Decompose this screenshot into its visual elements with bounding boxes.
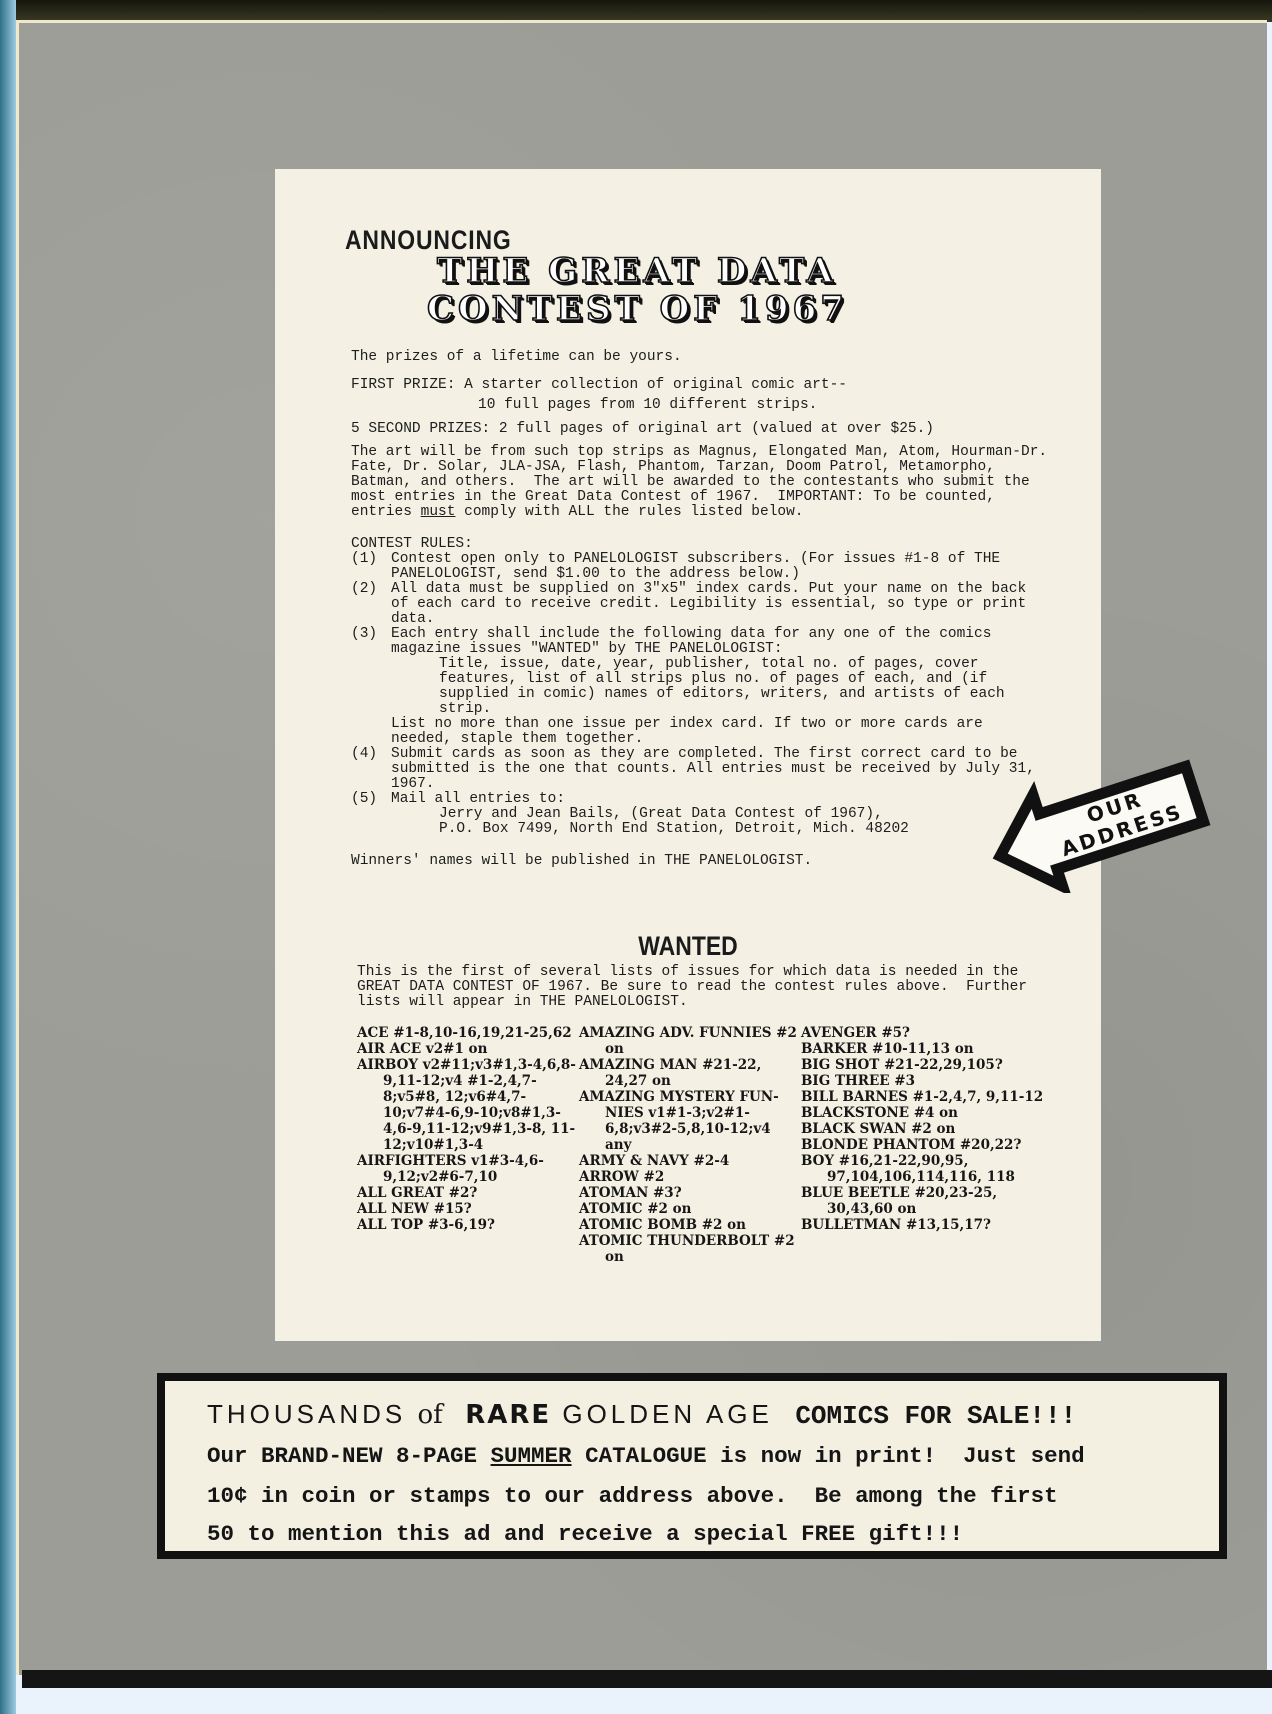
rule-3-detail: Title, issue, date, year, publisher, tot…: [391, 657, 1051, 717]
rule-number: (4): [351, 747, 391, 792]
contest-title-line-1: THE GREAT DATA: [437, 251, 837, 291]
wanted-issue-item: ATOMAN #3?: [579, 1185, 801, 1201]
wanted-issue-item: AVENGER #5?: [801, 1025, 1047, 1041]
wanted-issue-item: BLACKSTONE #4 on: [801, 1105, 1047, 1121]
rule-number: (2): [351, 582, 391, 627]
prizes-intro: The prizes of a lifetime can be yours.: [351, 349, 1051, 365]
rule-number: (5): [351, 792, 391, 837]
ad-headline-rare: RARE: [465, 1400, 551, 1430]
ad-line-2-text-end: CATALOGUE is now in print! Just send: [572, 1443, 1085, 1469]
wanted-issues-list: ACE #1-8,10-16,19,21-25,62AIR ACE v2#1 o…: [357, 1025, 1047, 1265]
rule-text: Each entry shall include the following d…: [391, 626, 991, 657]
rule-number: (3): [351, 627, 391, 747]
wanted-issue-item: ATOMIC #2 on: [579, 1201, 801, 1217]
ad-headline-golden-age: GOLDEN AGE: [551, 1399, 784, 1429]
must-emphasis: must: [421, 504, 456, 520]
wanted-issue-item: ALL NEW #15?: [357, 1201, 579, 1217]
wanted-issue-item: BLUE BEETLE #20,23-25, 30,43,60 on: [801, 1185, 1047, 1217]
wanted-column-3: AVENGER #5?BARKER #10-11,13 onBIG SHOT #…: [801, 1025, 1047, 1265]
art-description-text-end: comply with ALL the rules listed below.: [455, 504, 803, 520]
wanted-issue-item: AMAZING ADV. FUNNIES #2 on: [579, 1025, 801, 1057]
first-prize-line-1: FIRST PRIZE: A starter collection of ori…: [351, 377, 1051, 393]
wanted-heading: WANTED: [337, 931, 1039, 962]
wanted-issue-item: BOY #16,21-22,90,95, 97,104,106,114,116,…: [801, 1153, 1047, 1185]
wanted-column-2: AMAZING ADV. FUNNIES #2 onAMAZING MAN #2…: [579, 1025, 801, 1265]
wanted-issue-item: AMAZING MYSTERY FUN-NIES v1#1-3;v2#1-6,8…: [579, 1089, 801, 1153]
rule-3-block: Each entry shall include the following d…: [391, 627, 1051, 747]
wanted-column-1: ACE #1-8,10-16,19,21-25,62AIR ACE v2#1 o…: [357, 1025, 579, 1265]
contest-title-line-2: CONTEST OF 1967: [427, 289, 848, 329]
wanted-issue-item: ACE #1-8,10-16,19,21-25,62: [357, 1025, 579, 1041]
rule-item: (4) Submit cards as soon as they are com…: [351, 747, 1051, 792]
wanted-issue-item: BARKER #10-11,13 on: [801, 1041, 1047, 1057]
rule-item: (2) All data must be supplied on 3"x5" i…: [351, 582, 1051, 627]
rule-text: All data must be supplied on 3"x5" index…: [391, 582, 1051, 627]
rule-text: Mail all entries to:: [391, 791, 565, 807]
mailing-address-line-2: P.O. Box 7499, North End Station, Detroi…: [391, 822, 1051, 837]
wanted-intro: This is the first of several lists of is…: [357, 965, 1037, 1010]
wanted-issue-item: BIG SHOT #21-22,29,105?: [801, 1057, 1047, 1073]
rule-3-note: List no more than one issue per index ca…: [391, 717, 1051, 747]
wanted-issue-item: AIRFIGHTERS v1#3-4,6-9,12;v2#6-7,10: [357, 1153, 579, 1185]
second-prizes: 5 SECOND PRIZES: 2 full pages of origina…: [351, 421, 1051, 437]
ad-line-4: 50 to mention this ad and receive a spec…: [207, 1521, 963, 1547]
ad-line-3: 10¢ in coin or stamps to our address abo…: [207, 1483, 1058, 1509]
mailing-address-line-1: Jerry and Jean Bails, (Great Data Contes…: [391, 807, 1051, 822]
art-description: The art will be from such top strips as …: [351, 445, 1051, 520]
announcement-body: The prizes of a lifetime can be yours. F…: [351, 349, 1051, 877]
ad-line-2: Our BRAND-NEW 8-PAGE SUMMER CATALOGUE is…: [207, 1443, 1085, 1469]
contest-rules-list: (1) Contest open only to PANELOLOGIST su…: [351, 552, 1051, 837]
our-address-arrow: OUR ADDRESS: [987, 753, 1217, 893]
rule-item: (5) Mail all entries to: Jerry and Jean …: [351, 792, 1051, 837]
contest-rules-heading: CONTEST RULES:: [351, 536, 1051, 552]
wanted-issue-item: BILL BARNES #1-2,4,7, 9,11-12: [801, 1089, 1047, 1105]
wanted-issue-item: ALL GREAT #2?: [357, 1185, 579, 1201]
wanted-issue-item: ATOMIC THUNDERBOLT #2 on: [579, 1233, 801, 1265]
rule-item: (1) Contest open only to PANELOLOGIST su…: [351, 552, 1051, 582]
cover-bottom-edge: [22, 1670, 1272, 1688]
arrow-left-icon: OUR ADDRESS: [987, 753, 1217, 893]
rule-number: (1): [351, 552, 391, 582]
ad-headline-comics-for-sale: COMICS FOR SALE!!!: [795, 1401, 1076, 1431]
winners-note: Winners' names will be published in THE …: [351, 853, 1051, 869]
wanted-issue-item: AIRBOY v2#11;v3#1,3-4,6,8-9,11-12;v4 #1-…: [357, 1057, 579, 1153]
wanted-issue-item: ATOMIC BOMB #2 on: [579, 1217, 801, 1233]
wanted-issue-item: AMAZING MAN #21-22, 24,27 on: [579, 1057, 801, 1089]
rule-text: Contest open only to PANELOLOGIST subscr…: [391, 552, 1051, 582]
wanted-issue-item: ARMY & NAVY #2-4: [579, 1153, 801, 1169]
wanted-issue-item: AIR ACE v2#1 on: [357, 1041, 579, 1057]
summer-emphasis: SUMMER: [491, 1443, 572, 1469]
wanted-issue-item: BULLETMAN #13,15,17?: [801, 1217, 1047, 1233]
wanted-issue-item: BLONDE PHANTOM #20,22?: [801, 1137, 1047, 1153]
ad-headline-of: of: [417, 1400, 442, 1430]
ad-line-2-text: Our BRAND-NEW 8-PAGE: [207, 1443, 491, 1469]
wanted-issue-item: ARROW #2: [579, 1169, 801, 1185]
rule-item: (3) Each entry shall include the followi…: [351, 627, 1051, 747]
magazine-back-cover: ANNOUNCING THE GREAT DATA CONTEST OF 196…: [16, 20, 1267, 1675]
ad-headline: THOUSANDS of RARE GOLDEN AGE COMICS FOR …: [207, 1399, 1076, 1431]
wanted-issue-item: BLACK SWAN #2 on: [801, 1121, 1047, 1137]
catalogue-ad: THOUSANDS of RARE GOLDEN AGE COMICS FOR …: [157, 1373, 1227, 1559]
first-prize-line-2: 10 full pages from 10 different strips.: [351, 397, 1051, 413]
scan-edge-left: [0, 0, 16, 1714]
scan-edge-top: [0, 0, 1272, 22]
rule-5-block: Mail all entries to: Jerry and Jean Bail…: [391, 792, 1051, 837]
wanted-issue-item: BIG THREE #3: [801, 1073, 1047, 1089]
wanted-issue-item: ALL TOP #3-6,19?: [357, 1217, 579, 1233]
ad-headline-thousands: THOUSANDS: [207, 1399, 417, 1429]
rule-text: Submit cards as soon as they are complet…: [391, 747, 1051, 792]
contest-announcement-sheet: ANNOUNCING THE GREAT DATA CONTEST OF 196…: [275, 169, 1101, 1341]
